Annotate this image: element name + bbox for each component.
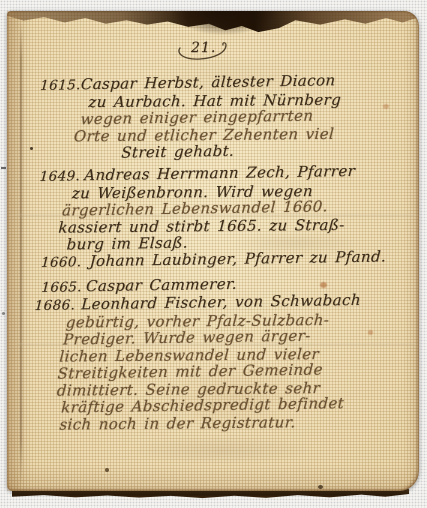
entry-line-text: Andreas Herrmann Zech, Pfarrer (84, 162, 356, 184)
scan-margin-speck (2, 312, 5, 315)
entry-year: 1665. (41, 279, 83, 297)
entry-1615: 1615.Caspar Herbst, ältester Diacon zu A… (30, 71, 393, 163)
entry-line: sich noch in der Registratur. (59, 413, 398, 433)
register-entries: 1615.Caspar Herbst, ältester Diacon zu A… (30, 71, 398, 434)
entry-line: Streit gehabt. (121, 140, 394, 161)
entry-year: 1615. (40, 77, 82, 95)
entry-1649: 1649.Andreas Herrmann Zech, Pfarrer zu W… (31, 162, 394, 254)
ink-speck (105, 468, 109, 472)
binding-crease-line (20, 21, 22, 486)
ink-speck (318, 485, 323, 489)
entry-year: 1686. (34, 297, 76, 315)
entry-line-text: Johann Laubinger, Pfarrer zu Pfand. (89, 247, 387, 270)
scan-margin-speck (1, 167, 6, 169)
entry-year: 1649. (39, 168, 81, 186)
manuscript-page: 21. 1615.Caspar Herbst, ältester Diacon … (7, 11, 419, 491)
page-number-text: 21. (191, 40, 216, 56)
page-number: 21. (173, 37, 231, 67)
scanned-book-photo: 21. 1615.Caspar Herbst, ältester Diacon … (0, 0, 427, 508)
entry-line-text: Caspar Cammerer. (86, 275, 238, 295)
ink-bleed-through (127, 436, 317, 464)
entry-year: 1660. (40, 254, 82, 272)
entry-1686: 1686.Leonhard Fischer, von Schwabach geb… (33, 291, 397, 434)
page-burn-mark (172, 11, 275, 35)
entry-line-text: Caspar Herbst, ältester Diacon (80, 71, 336, 93)
entry-line-text: Leonhard Fischer, von Schwabach (81, 291, 362, 313)
binding-gutter-shadow (7, 11, 21, 491)
